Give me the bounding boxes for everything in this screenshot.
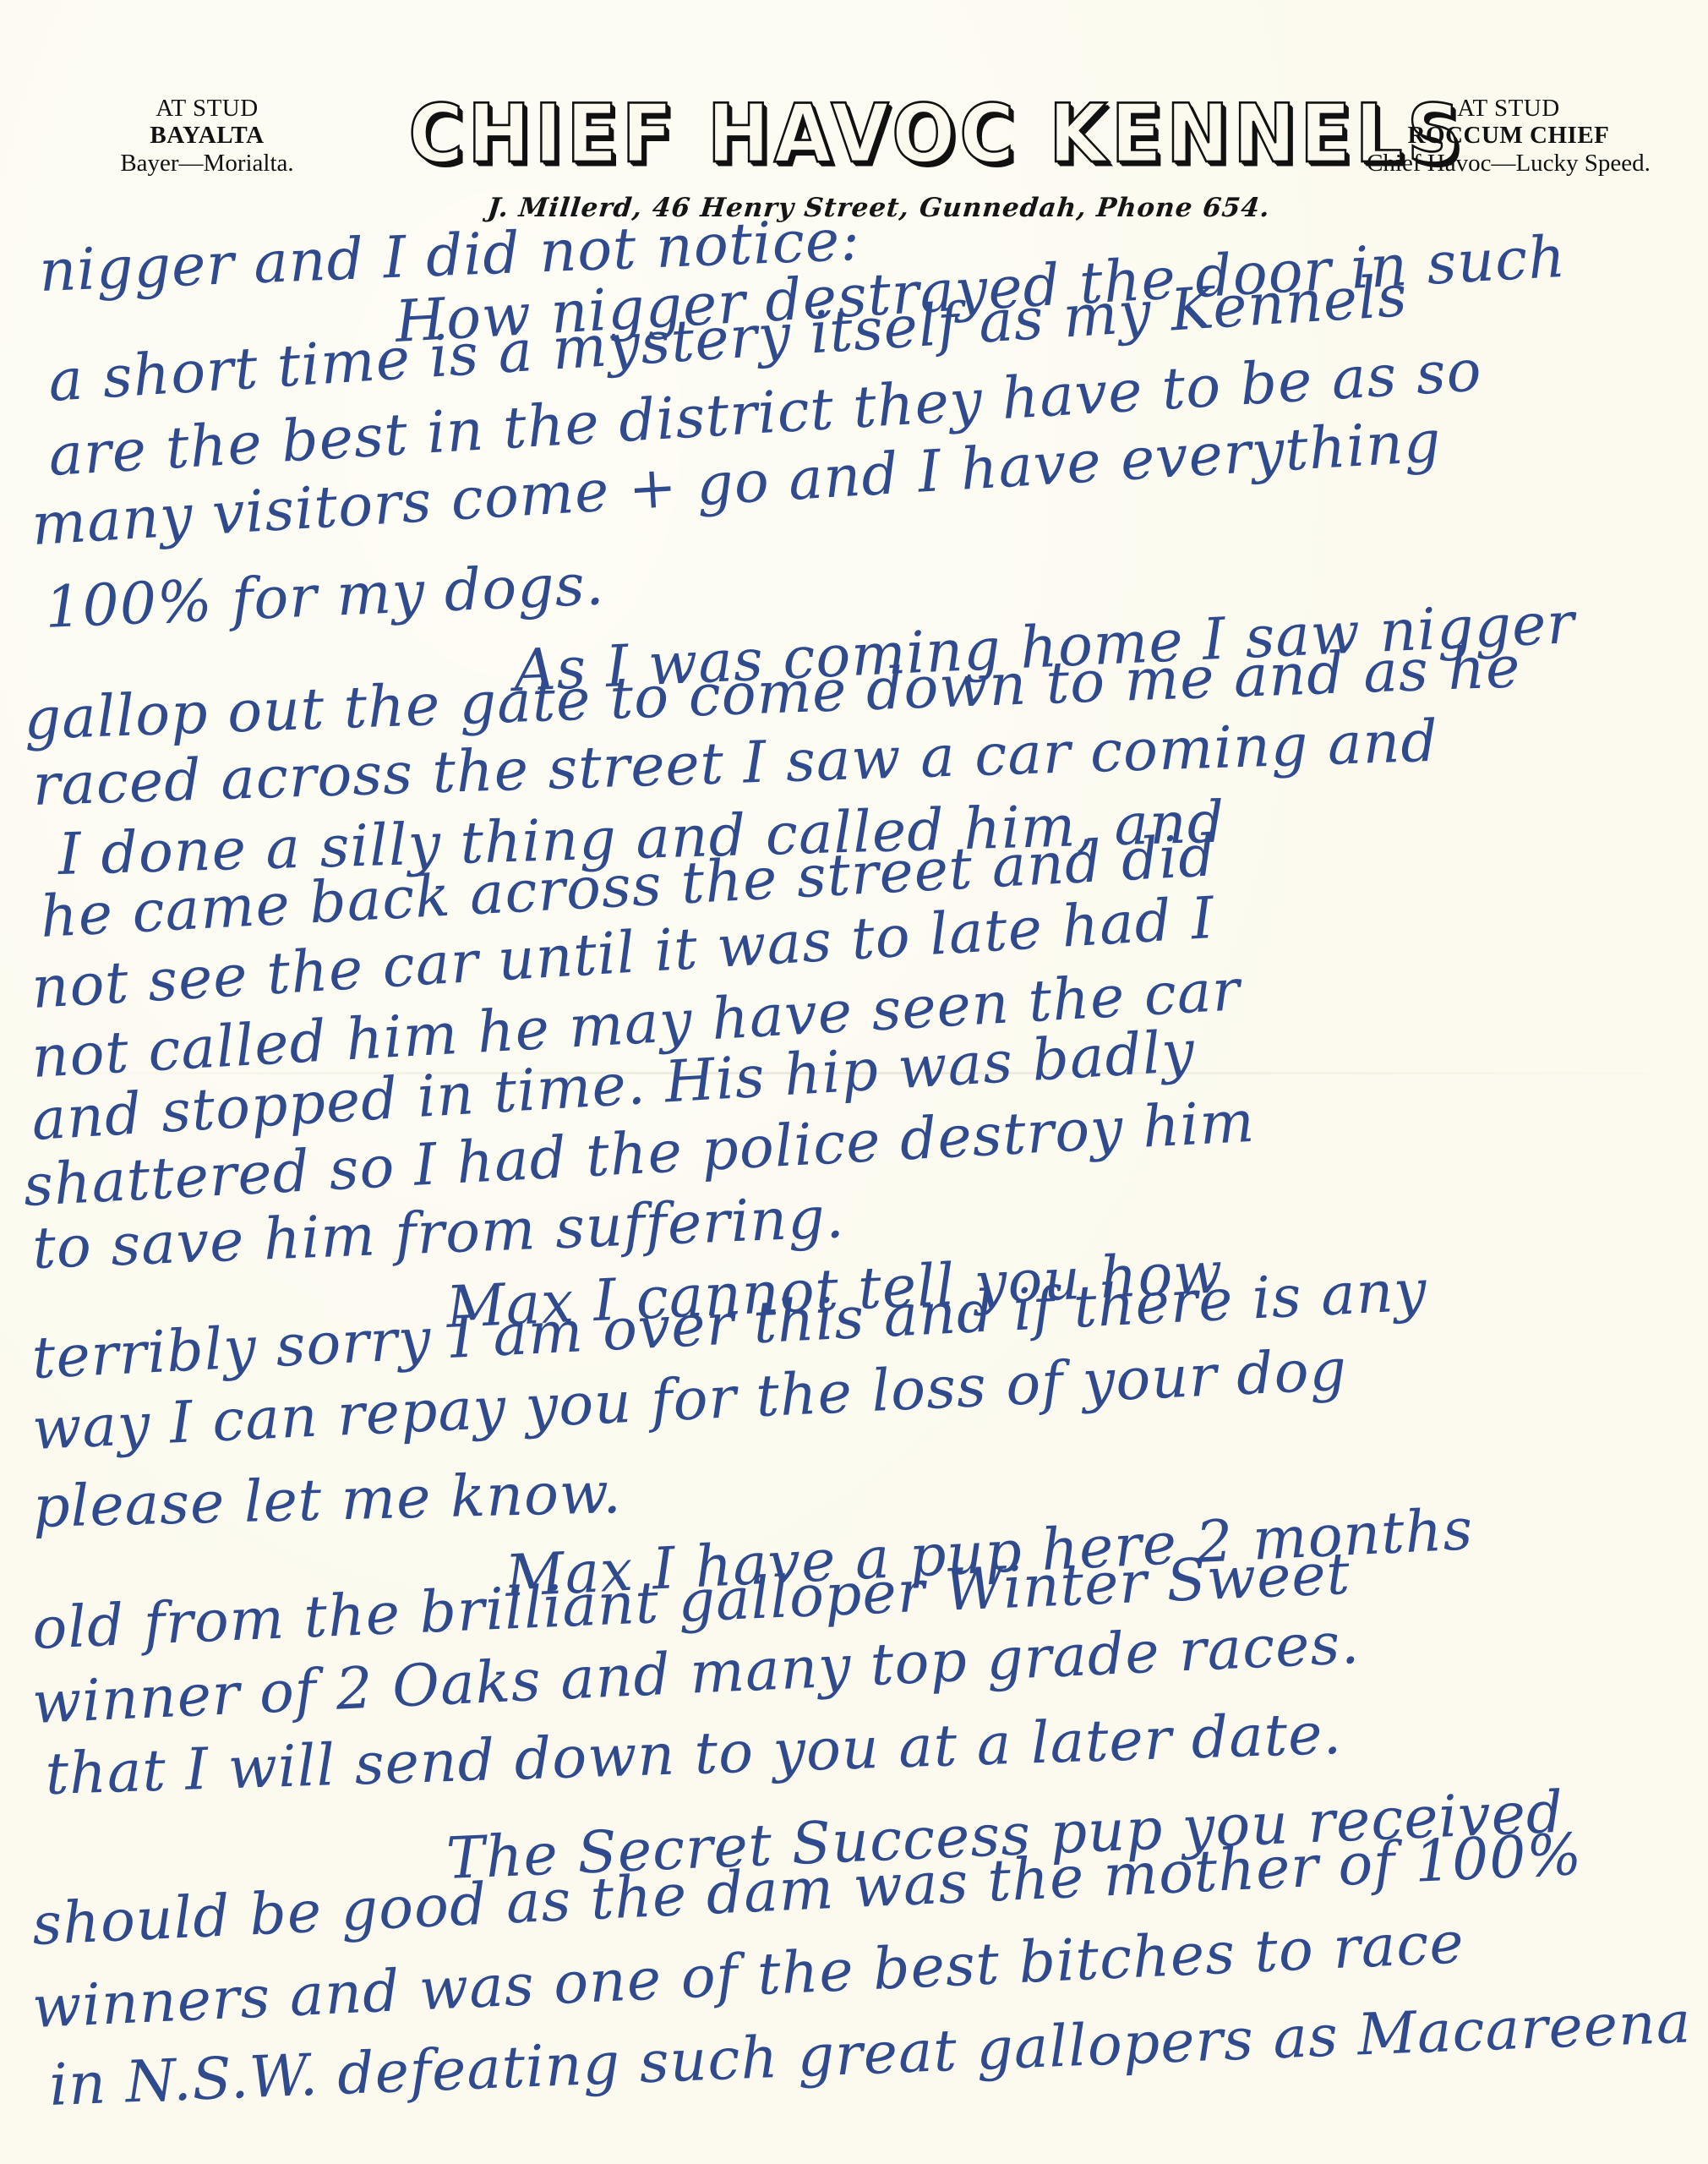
handwritten-body: nigger and I did not notice: How nigger …: [0, 0, 1708, 2164]
letter-line: 100% for my dogs.: [44, 551, 606, 642]
letter-page: AT STUD BAYALTA Bayer—Morialta. CHIEF HA…: [0, 0, 1708, 2164]
letter-line: please let me know.: [32, 1460, 623, 1541]
